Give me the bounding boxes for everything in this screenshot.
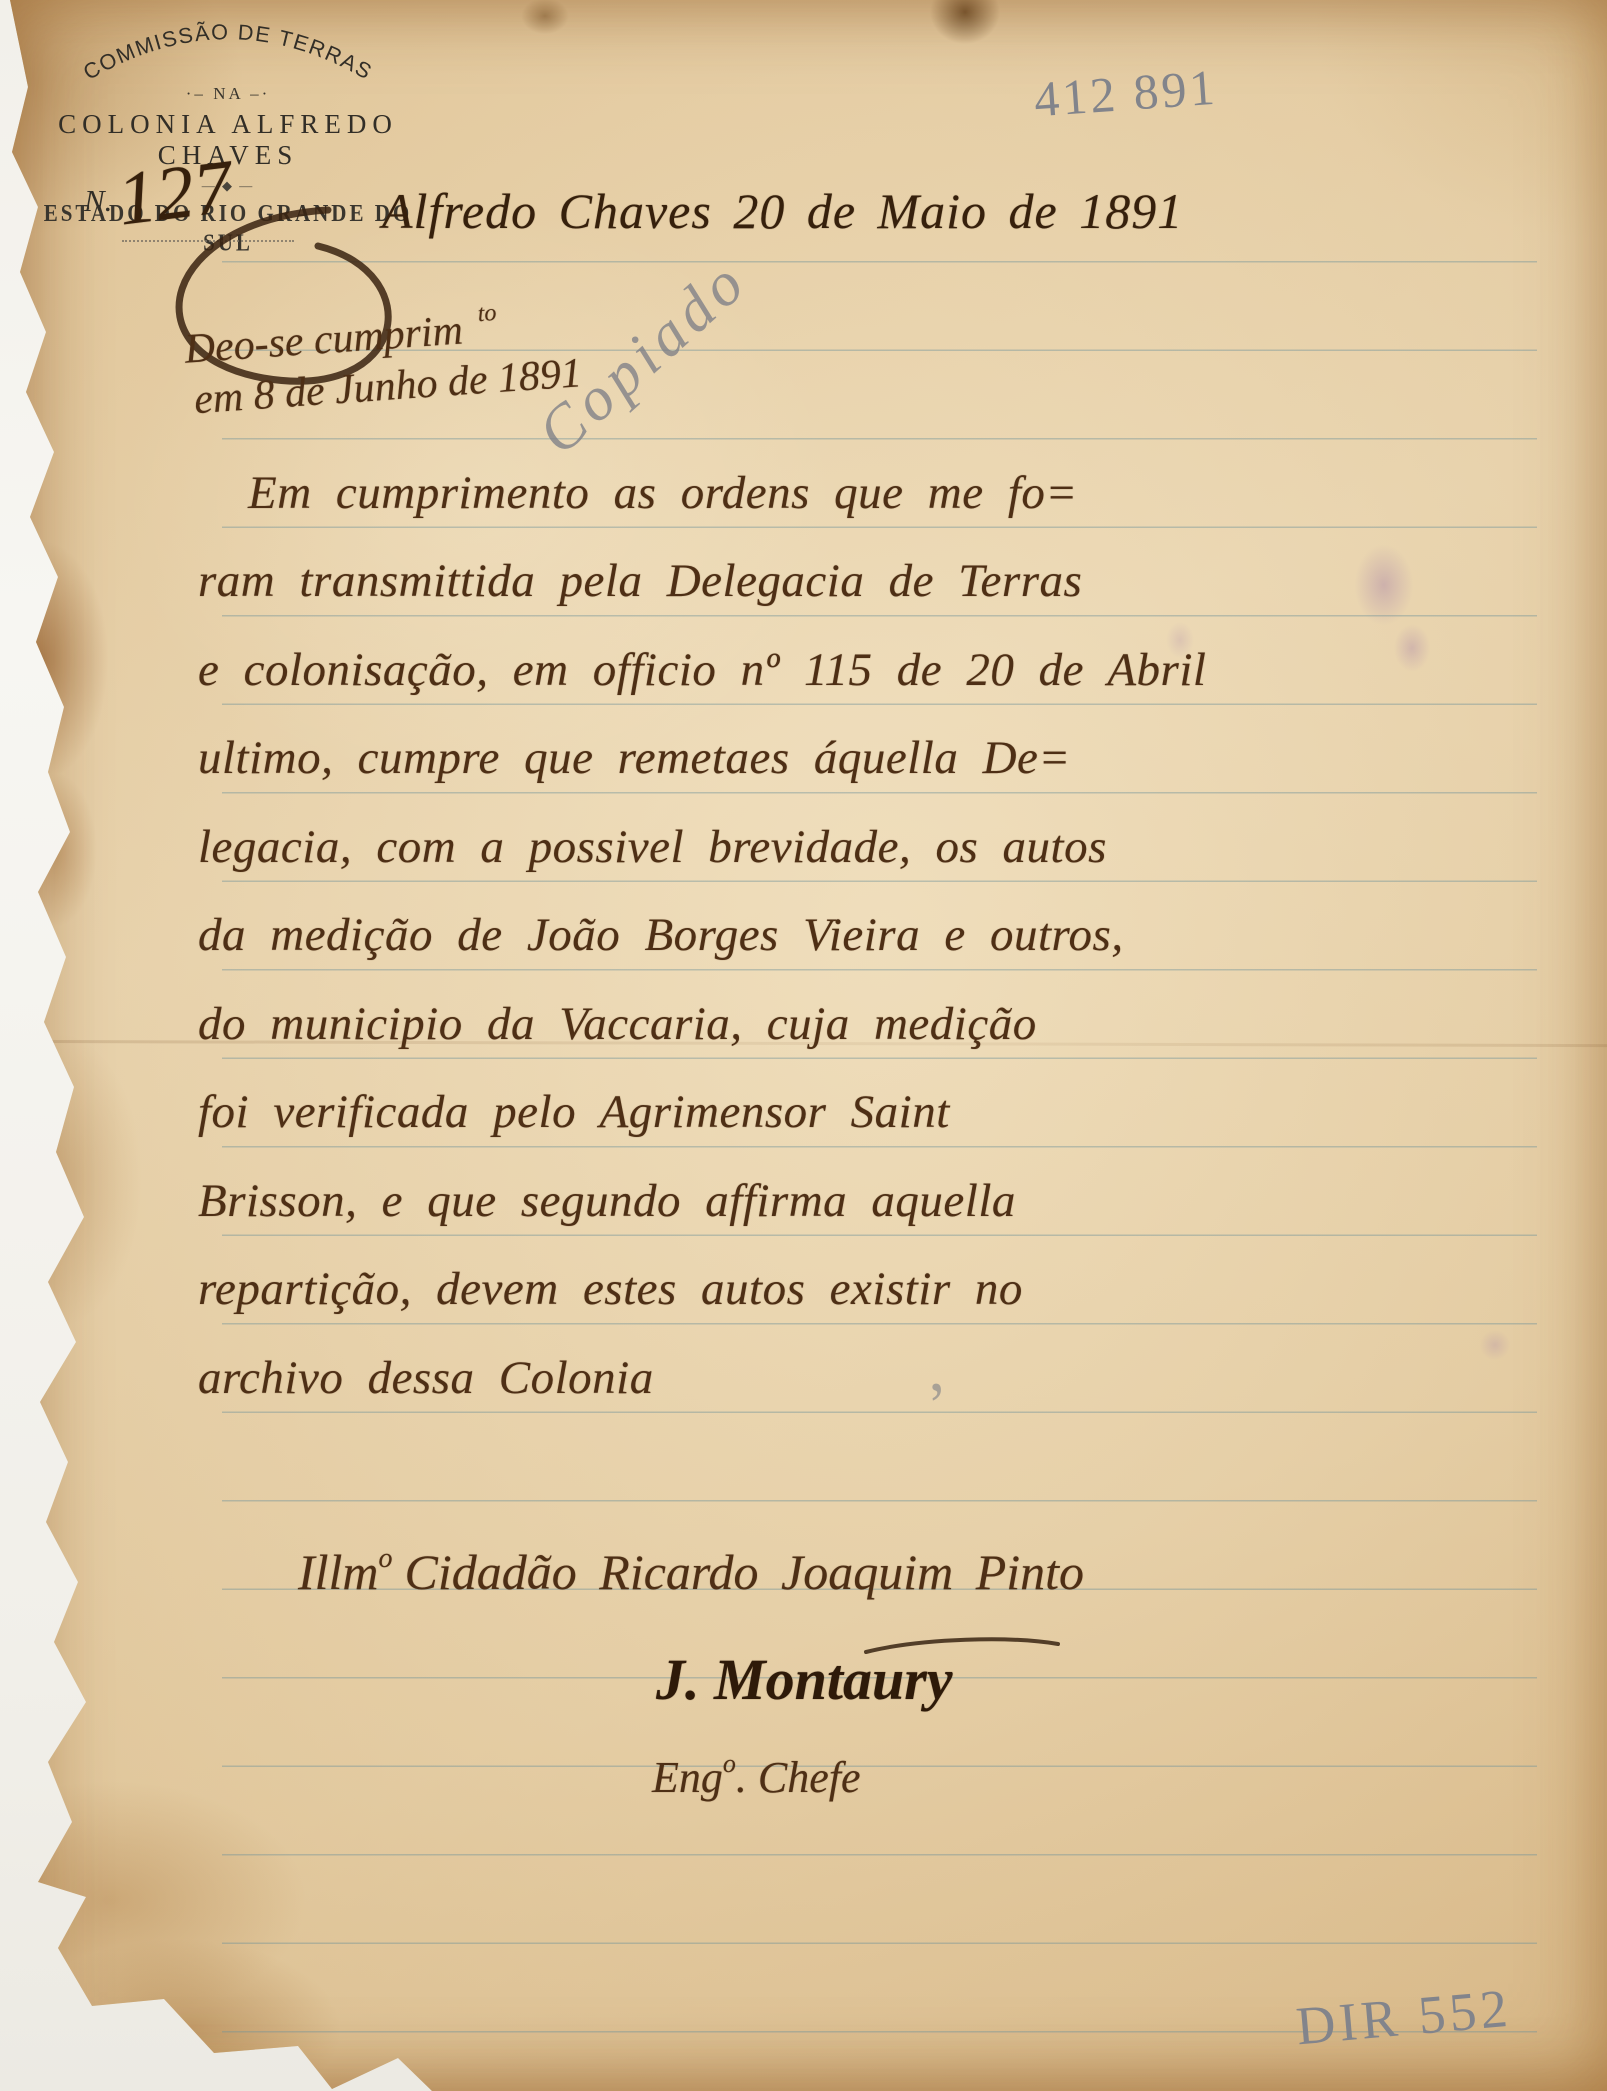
body-line: archivo dessa Colonia <box>198 1324 1408 1413</box>
body-line-text: ultimo, cumpre que remetaes áquella De= <box>198 731 1071 793</box>
body-line: e colonisação, em officio nº 115 de 20 d… <box>198 616 1408 705</box>
addressee-line: IllmoCidadão Ricardo Joaquim Pinto <box>298 1543 1084 1601</box>
body-line-text: e colonisação, em officio nº 115 de 20 d… <box>198 643 1206 705</box>
body-line-text: archivo dessa Colonia <box>198 1351 654 1413</box>
body-line: da medição de João Borges Vieira e outro… <box>198 882 1408 971</box>
scanned-document: COMMISSÃO DE TERRAS ·– NA –· COLONIA ALF… <box>0 0 1607 2091</box>
letterhead-arc: COMMISSÃO DE TERRAS <box>48 12 408 84</box>
ornament-left: ·– <box>186 84 206 103</box>
letter-body: Em cumprimento as ordens que me fo= ram … <box>198 439 1408 1413</box>
addressee-superscript: o <box>379 1543 393 1574</box>
addressee-name: Cidadão Ricardo Joaquim Pinto <box>405 1544 1085 1600</box>
body-line-text: da medição de João Borges Vieira e outro… <box>198 908 1124 970</box>
archival-number-pencil: 412 891 <box>1032 58 1219 129</box>
body-line-text: legacia, com a possivel brevidade, os au… <box>198 820 1107 882</box>
body-line: do municipio da Vaccaria, cuja medição <box>198 970 1408 1059</box>
document-number-label: N. <box>84 183 112 219</box>
body-line: ultimo, cumpre que remetaes áquella De= <box>198 705 1408 794</box>
body-line-text: foi verificada pelo Agrimensor Saint <box>198 1085 950 1147</box>
body-line-text: ram transmittida pela Delegacia de Terra… <box>198 554 1082 616</box>
body-line: legacia, com a possivel brevidade, os au… <box>198 793 1408 882</box>
signature-flourish <box>862 1634 1062 1658</box>
svg-text:COMMISSÃO DE TERRAS: COMMISSÃO DE TERRAS <box>79 19 377 84</box>
dateline: Alfredo Chaves 20 de Maio de 1891 <box>382 182 1183 240</box>
body-line: Brisson, e que segundo affirma aquella <box>198 1147 1408 1236</box>
body-line-text: repartição, devem estes autos existir no <box>198 1262 1023 1324</box>
body-line-text: do municipio da Vaccaria, cuja medição <box>198 997 1037 1059</box>
body-line: Em cumprimento as ordens que me fo= <box>198 439 1408 528</box>
body-line: ram transmittida pela Delegacia de Terra… <box>198 528 1408 617</box>
signer-title-rest: . Chefe <box>736 1753 861 1802</box>
signer-title-abbrev: Eng <box>652 1753 723 1802</box>
body-line: foi verificada pelo Agrimensor Saint <box>198 1059 1408 1148</box>
addressee-abbrev: Illm <box>298 1544 379 1600</box>
dispatch-note-superscript: to <box>477 300 497 327</box>
body-line-text: Brisson, e que segundo affirma aquella <box>198 1174 1016 1236</box>
signer-title: Engo. Chefe <box>652 1752 861 1803</box>
paper-sheet: COMMISSÃO DE TERRAS ·– NA –· COLONIA ALF… <box>0 0 1607 2091</box>
letterhead-na: NA <box>213 84 243 103</box>
letterhead-na-line: ·– NA –· <box>38 84 418 104</box>
body-line: repartição, devem estes autos existir no <box>198 1236 1408 1325</box>
ornament-right: –· <box>250 84 270 103</box>
org-name-arched: COMMISSÃO DE TERRAS <box>79 19 377 84</box>
body-line-text: Em cumprimento as ordens que me fo= <box>198 466 1078 528</box>
signer-title-superscript: o <box>723 1749 736 1778</box>
